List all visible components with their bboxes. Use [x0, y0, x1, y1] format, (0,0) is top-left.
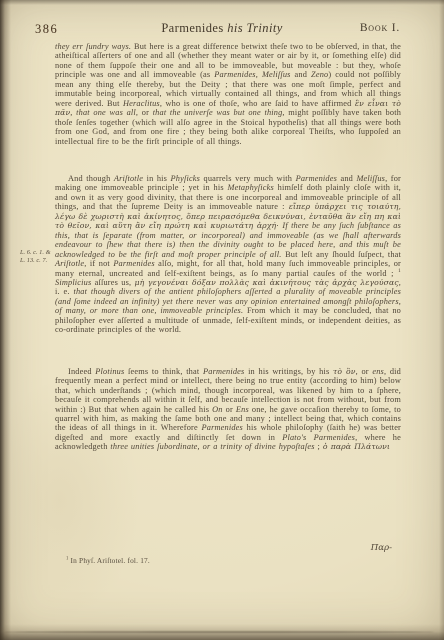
paragraph-plotinus: Indeed Plotinus ſeems to think, that Par…	[55, 367, 401, 452]
page-edge-shadow-bottom	[0, 624, 444, 640]
catchword: Παρ-	[371, 543, 392, 553]
paragraph-continuation: they err ſundry ways. But here is a grea…	[55, 42, 401, 146]
page-edge-shadow-top	[0, 0, 444, 5]
page-edge-shadow-right	[439, 0, 444, 640]
footnote: 1 In Phyſ. Ariſtotel. fol. 17.	[66, 556, 150, 565]
text-column: they err ſundry ways. But here is a grea…	[55, 42, 401, 452]
margin-citation: L. 6. c. 1. & L. 13. c. 7.	[20, 249, 56, 265]
book-label: Book I.	[360, 22, 400, 34]
page-edge-shadow-left	[0, 0, 11, 640]
margin-citation-line: L. 13. c. 7.	[20, 257, 56, 265]
margin-citation-line: L. 6. c. 1. &	[20, 249, 56, 257]
scanned-book-page: 386 Parmenides his Trinity Book I. L. 6.…	[0, 0, 444, 640]
paragraph-aristotle: And though Ariſtotle in his Phyſicks qua…	[55, 174, 401, 335]
